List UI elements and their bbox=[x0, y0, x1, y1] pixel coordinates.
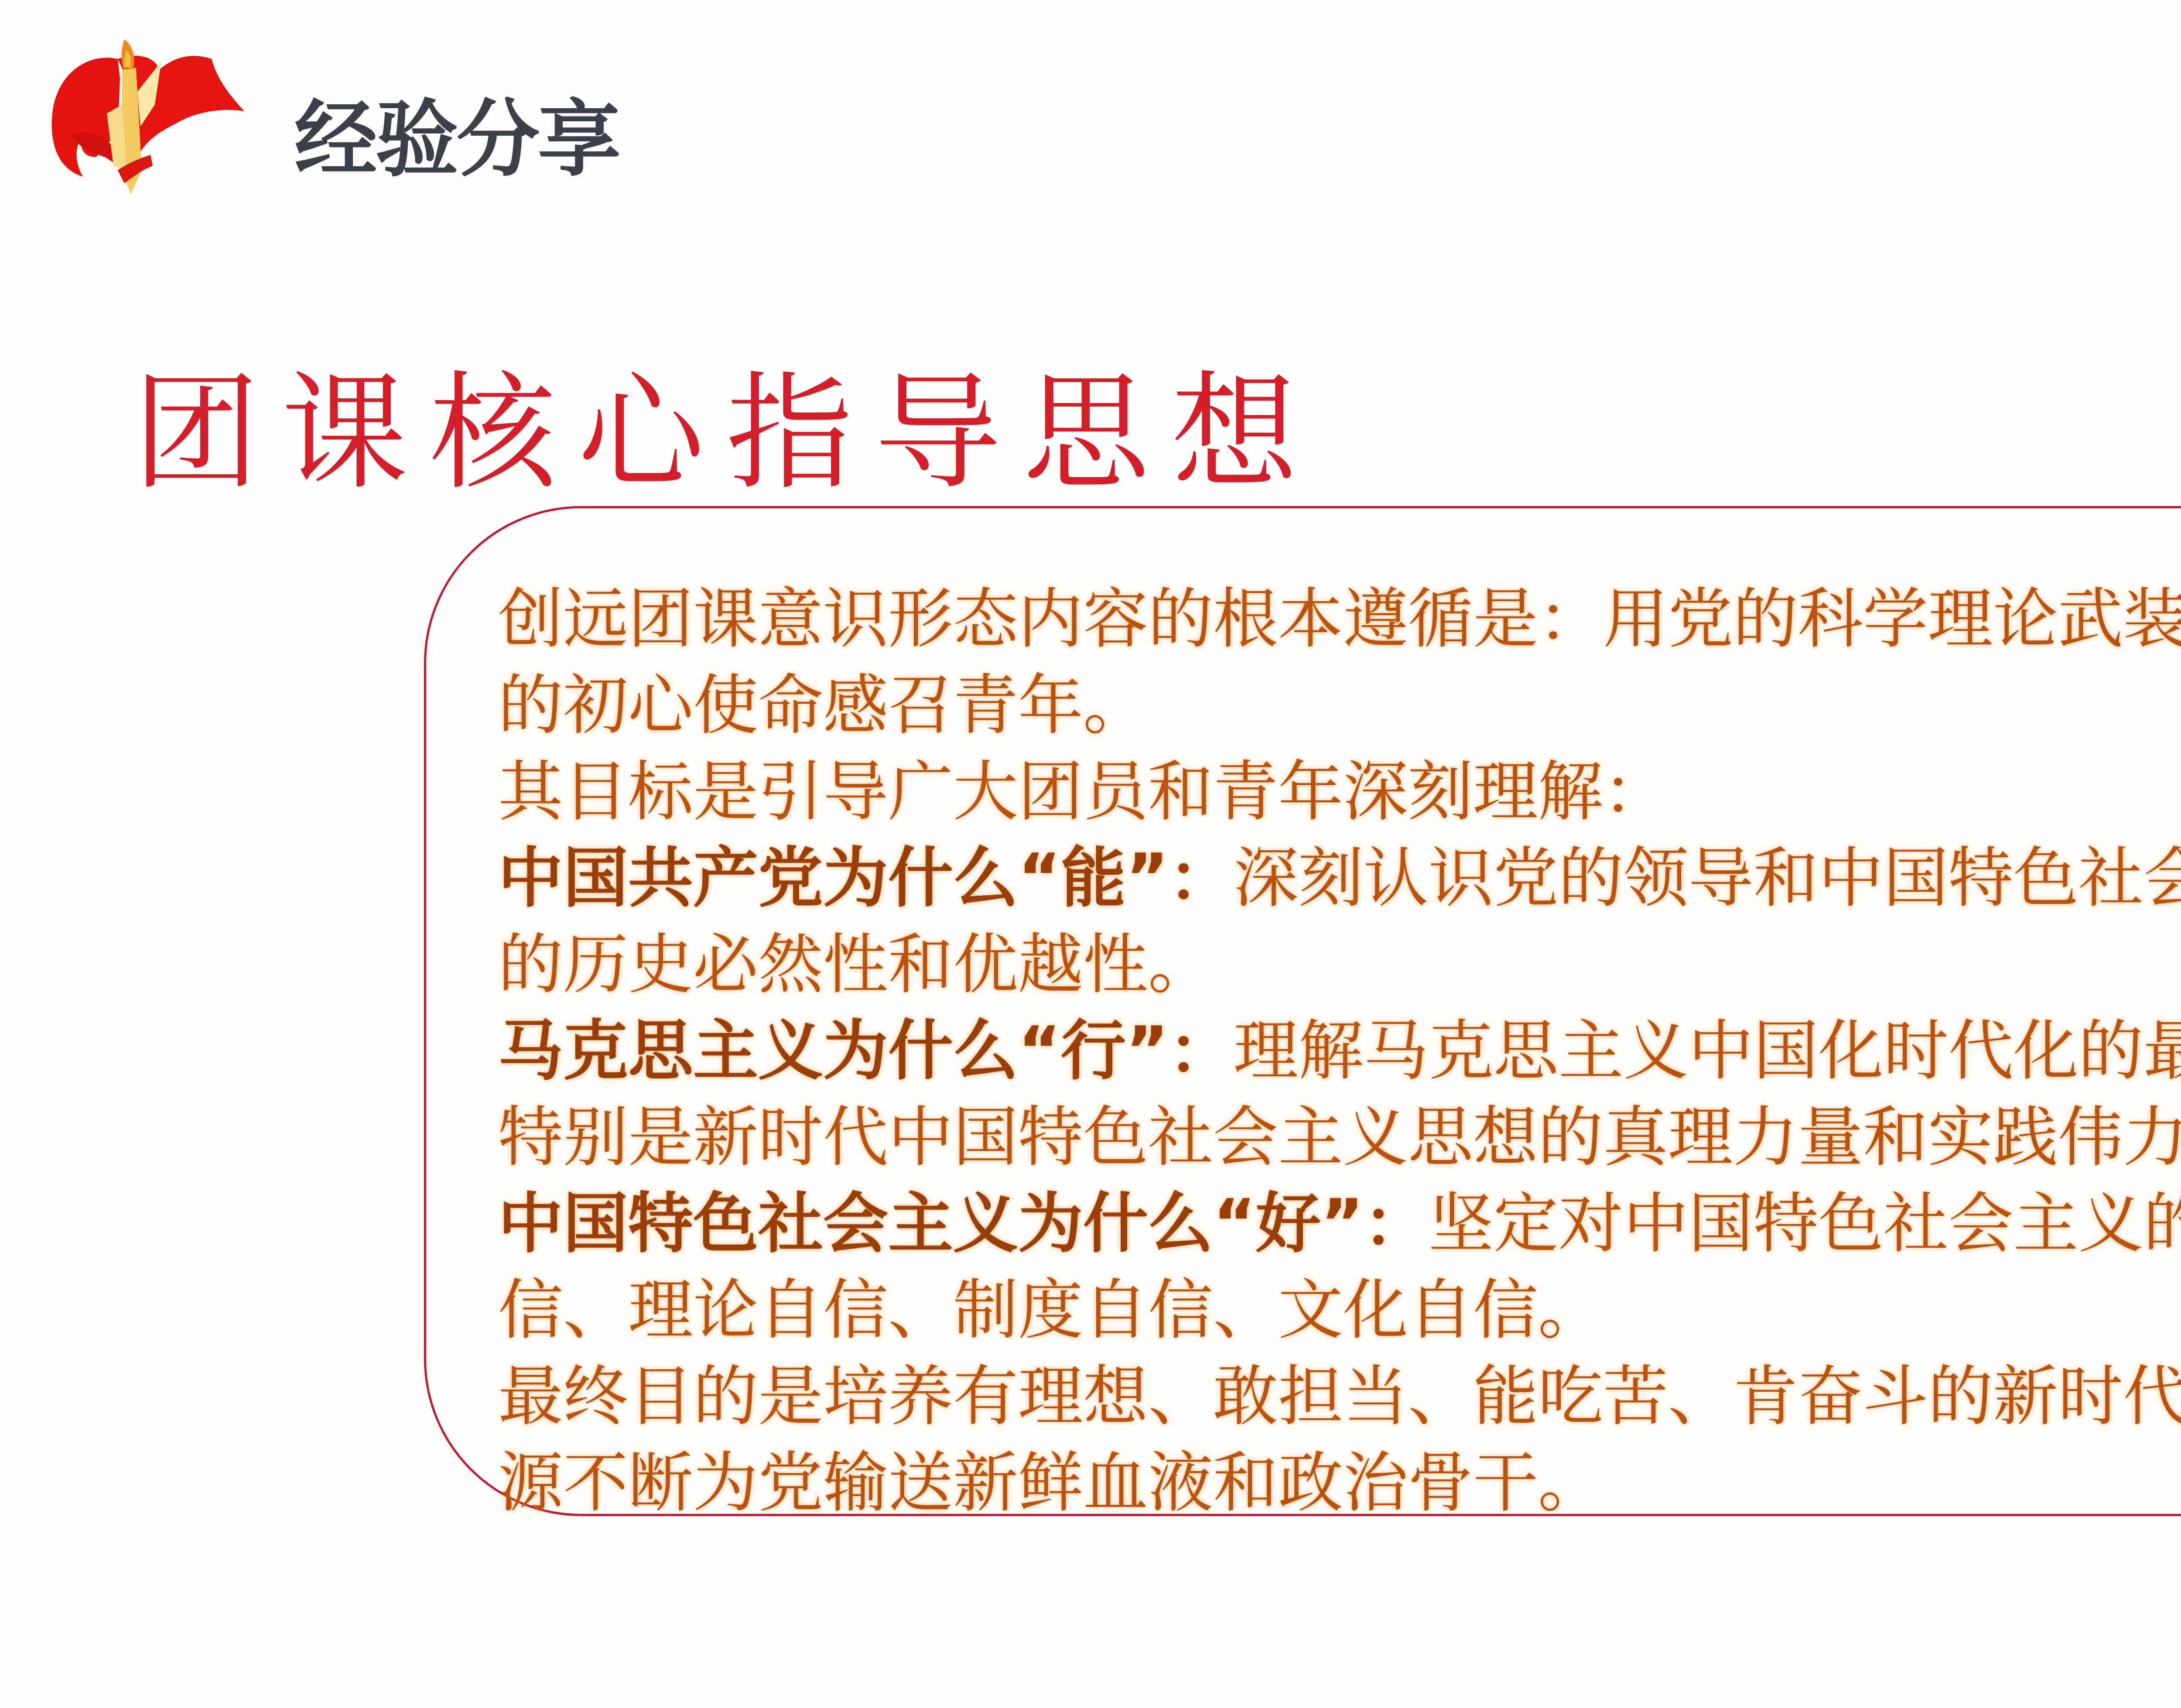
paragraph-text: 创远团课意识形态内容的根本遵循是：用党的科学理论武装青年，用党的初心使命感召青年… bbox=[498, 582, 2181, 743]
paragraph-party-can: 中国共产党为什么“能”：深刻认识党的领导和中国特色社会主义道路的历史必然性和优越… bbox=[498, 835, 2181, 1008]
paragraph-lead: 中国特色社会主义为什么“好”： bbox=[498, 1186, 1429, 1262]
paragraph-text: 其目标是引导广大团员和青年深刻理解： bbox=[498, 754, 1668, 830]
paragraph-lead: 马克思主义为什么“行”： bbox=[498, 1013, 1234, 1089]
content-body: 创远团课意识形态内容的根本遵循是：用党的科学理论武装青年，用党的初心使命感召青年… bbox=[498, 576, 2181, 1527]
paragraph-socialism-good: 中国特色社会主义为什么“好”：坚定对中国特色社会主义的道路自信、理论自信、制度自… bbox=[498, 1181, 2181, 1354]
paragraph-goal: 其目标是引导广大团员和青年深刻理解： bbox=[498, 749, 2181, 835]
paragraph-principle: 创远团课意识形态内容的根本遵循是：用党的科学理论武装青年，用党的初心使命感召青年… bbox=[498, 576, 2181, 749]
page-title: 团课核心指导思想 bbox=[133, 346, 1320, 521]
paragraph-text: 最终目的是培养有理想、敢担当、能吃苦、肯奋斗的新时代好青年，源源不断为党输送新鲜… bbox=[498, 1359, 2181, 1521]
paragraph-final-purpose: 最终目的是培养有理想、敢担当、能吃苦、肯奋斗的新时代好青年，源源不断为党输送新鲜… bbox=[498, 1354, 2181, 1527]
logo-text: 经验分享 bbox=[294, 98, 619, 181]
paragraph-marxism-works: 马克思主义为什么“行”：理解马克思主义中国化时代化的最新成果，特别是新时代中国特… bbox=[498, 1008, 2181, 1181]
youth-league-emblem-icon bbox=[44, 26, 253, 201]
paragraph-lead: 中国共产党为什么“能”： bbox=[498, 841, 1234, 916]
logo: 经验分享 bbox=[44, 26, 654, 209]
